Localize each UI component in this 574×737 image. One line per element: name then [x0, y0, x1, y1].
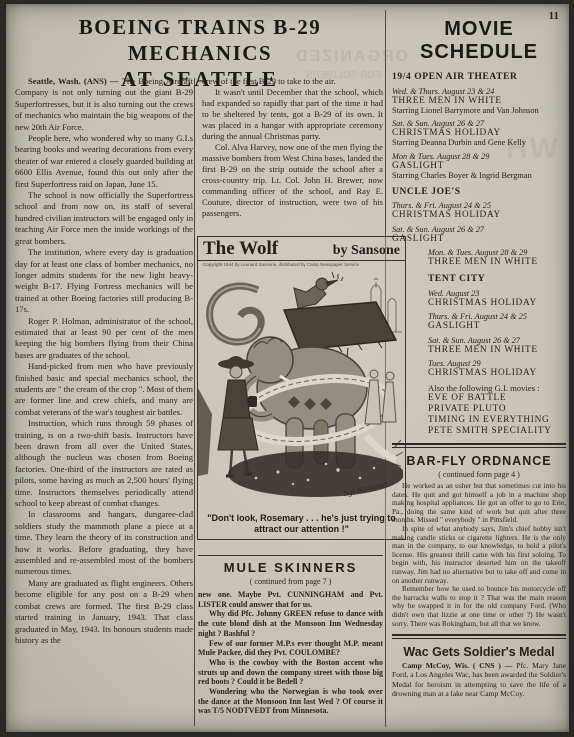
- article-dateline: Seattle, Wash. (ANS) —: [28, 76, 122, 86]
- section-paragraph: Wondering who the Norwegian is who took …: [198, 687, 383, 716]
- show-date: Thurs. & Fri. August 24 & 25: [428, 312, 566, 321]
- article-column-middle: crew of the first B-29 to take to the ai…: [202, 76, 383, 236]
- show-title: CHRISTMAS HOLIDAY: [428, 368, 566, 378]
- section-paragraph: new one. Maybe Pvt. CUNNINGHAM and Pvt. …: [198, 590, 383, 609]
- article-paragraph: crew of the first B-29 to take to the ai…: [202, 76, 383, 87]
- show-starring: Starring Deanna Durbin and Gene Kelly: [392, 138, 566, 147]
- show-date: Mon & Tues. August 28 & 29: [392, 152, 566, 161]
- article-paragraph: The institution, where every day is grad…: [15, 247, 193, 315]
- cartoon-panel: The Wolf by Sansone Copyright 1944 by Le…: [197, 236, 406, 540]
- wac-medal-body: Camp McCoy, Wis. ( CNS ) — Pfc. Mary Jan…: [392, 661, 566, 698]
- section-paragraph: Who is the cowboy with the Boston accent…: [198, 658, 383, 687]
- show-date: Sat. & Sun. August 26 & 27: [392, 119, 566, 128]
- section-paragraph: In spite of what anybody says, Jim's chi…: [392, 525, 566, 585]
- continued-note: ( continued form page 4 ): [392, 470, 566, 479]
- gi-movie-title: PRIVATE PLUTO: [428, 404, 566, 415]
- show-title: THREE MEN IN WHITE: [392, 96, 566, 106]
- wolf-character: [294, 278, 338, 308]
- article-paragraph: People here, who wondered why so many G.…: [15, 133, 193, 190]
- section-paragraph: He worked as an usher but that sometimes…: [392, 482, 566, 525]
- gi-movie-title: TIMING IN EVERYTHING: [428, 415, 566, 426]
- show-title: THREE MEN IN WHITE: [428, 257, 566, 267]
- show-title: GASLIGHT: [392, 161, 566, 171]
- column-divider: [194, 78, 195, 726]
- gi-movies-note: Also the following G.I. movies :: [428, 383, 566, 393]
- headline-line1: BOEING TRAINS B-29 MECHANICS: [14, 14, 386, 66]
- section-dateline: Camp McCoy, Wis. ( CNS ) —: [402, 661, 516, 670]
- show-date: Wed. August 23: [428, 289, 566, 298]
- gi-movie-title: EVE OF BATTLE: [428, 393, 566, 404]
- cartoon-byline: by Sansone: [333, 243, 400, 259]
- cartoon-copyright: Copyright 1944 by Leonard Sansone, distr…: [198, 261, 405, 268]
- section-divider: [392, 443, 566, 448]
- cartoon-caption: "Don't look, Rosemary . . . he's just tr…: [198, 511, 405, 539]
- section-paragraph: Camp McCoy, Wis. ( CNS ) — Pfc. Mary Jan…: [392, 661, 566, 698]
- cartoon-header: The Wolf by Sansone: [198, 237, 405, 261]
- show-date: Tues. August 29: [428, 359, 566, 368]
- show-title: GASLIGHT: [428, 321, 566, 331]
- show-starring: Starring Charles Boyer & Ingrid Bergman: [392, 171, 566, 180]
- section-title: MULE SKINNERS: [198, 560, 383, 575]
- article-paragraph: Hand-picked from men who have previously…: [15, 361, 193, 418]
- newspaper-page: ORGANIZED FOR SOLDIERS WH 11 BOEING TRAI…: [6, 4, 569, 732]
- article-paragraph: Col. Alva Harvey, now one of the men fly…: [202, 142, 383, 219]
- show-title: THREE MEN IN WHITE: [428, 345, 566, 355]
- section-paragraph: Few of our former M.P.s ever thought M.P…: [198, 639, 383, 658]
- cartoon-title: The Wolf: [203, 238, 278, 260]
- article-paragraph: Many are graduated as flight engineers. …: [15, 578, 193, 646]
- article-column-left: Seattle, Wash. (ANS) — The Boeing Aircra…: [15, 76, 193, 728]
- barfly-body: He worked as an usher but that sometimes…: [392, 482, 566, 628]
- article-paragraph: Instruction, which runs through 59 phase…: [15, 418, 193, 509]
- show-date: Wed. & Thurs. August 23 & 24: [392, 87, 566, 96]
- article-paragraph: The school is now officially the Superfo…: [15, 190, 193, 247]
- show-starring: Starring Lionel Barrymore and Van Johnso…: [392, 106, 566, 115]
- section-divider: [392, 634, 566, 639]
- venue-name: UNCLE JOE'S: [392, 187, 566, 197]
- mule-skinners-section: MULE SKINNERS ( continued from page 7 ) …: [198, 555, 383, 732]
- show-title: CHRISTMAS HOLIDAY: [392, 128, 566, 138]
- article-paragraph: In classrooms and hangars, dungaree-clad…: [15, 509, 193, 577]
- show-title: CHRISTMAS HOLIDAY: [392, 210, 566, 220]
- section-paragraph: Why did Pfc. Johnny GREEN refuse to danc…: [198, 609, 383, 638]
- article-paragraph: It wasn't until December that the school…: [202, 87, 383, 142]
- show-date: Sat. & Sun. August 26 & 27: [428, 336, 566, 345]
- article-paragraph: Seattle, Wash. (ANS) — The Boeing Aircra…: [15, 76, 193, 133]
- article-paragraph: Roger P. Holman, administrator of the sc…: [15, 316, 193, 362]
- section-title: BAR-FLY ORDNANCE: [392, 454, 566, 468]
- show-title: GASLIGHT: [392, 234, 566, 244]
- show-date: Sat. & Sun. August 26 & 27: [392, 225, 566, 234]
- newspaper-page-scan: { "page_number": "11", "bleed_through": …: [0, 0, 574, 737]
- movie-schedule-title: MOVIE SCHEDULE: [392, 18, 566, 64]
- right-column: MOVIE SCHEDULE 19/4 OPEN AIR THEATER Wed…: [392, 8, 566, 727]
- continued-note: ( continued from page 7 ): [198, 577, 383, 586]
- show-title: CHRISTMAS HOLIDAY: [428, 298, 566, 308]
- show-date: Mon. & Tues. August 28 & 29: [428, 248, 566, 257]
- cartoon-drawing-elephant-wolf: Sgt Sansone: [198, 268, 403, 506]
- venue-name: 19/4 OPEN AIR THEATER: [392, 72, 566, 82]
- section-paragraph: Remember how he used to bounce his motor…: [392, 585, 566, 628]
- gi-movie-title: PETE SMITH SPECIALITY: [428, 426, 566, 437]
- venue-name: TENT CITY: [428, 274, 566, 284]
- show-date: Thurs. & Fri. August 24 & 25: [392, 201, 566, 210]
- section-title: Wac Gets Soldier's Medal: [392, 645, 566, 659]
